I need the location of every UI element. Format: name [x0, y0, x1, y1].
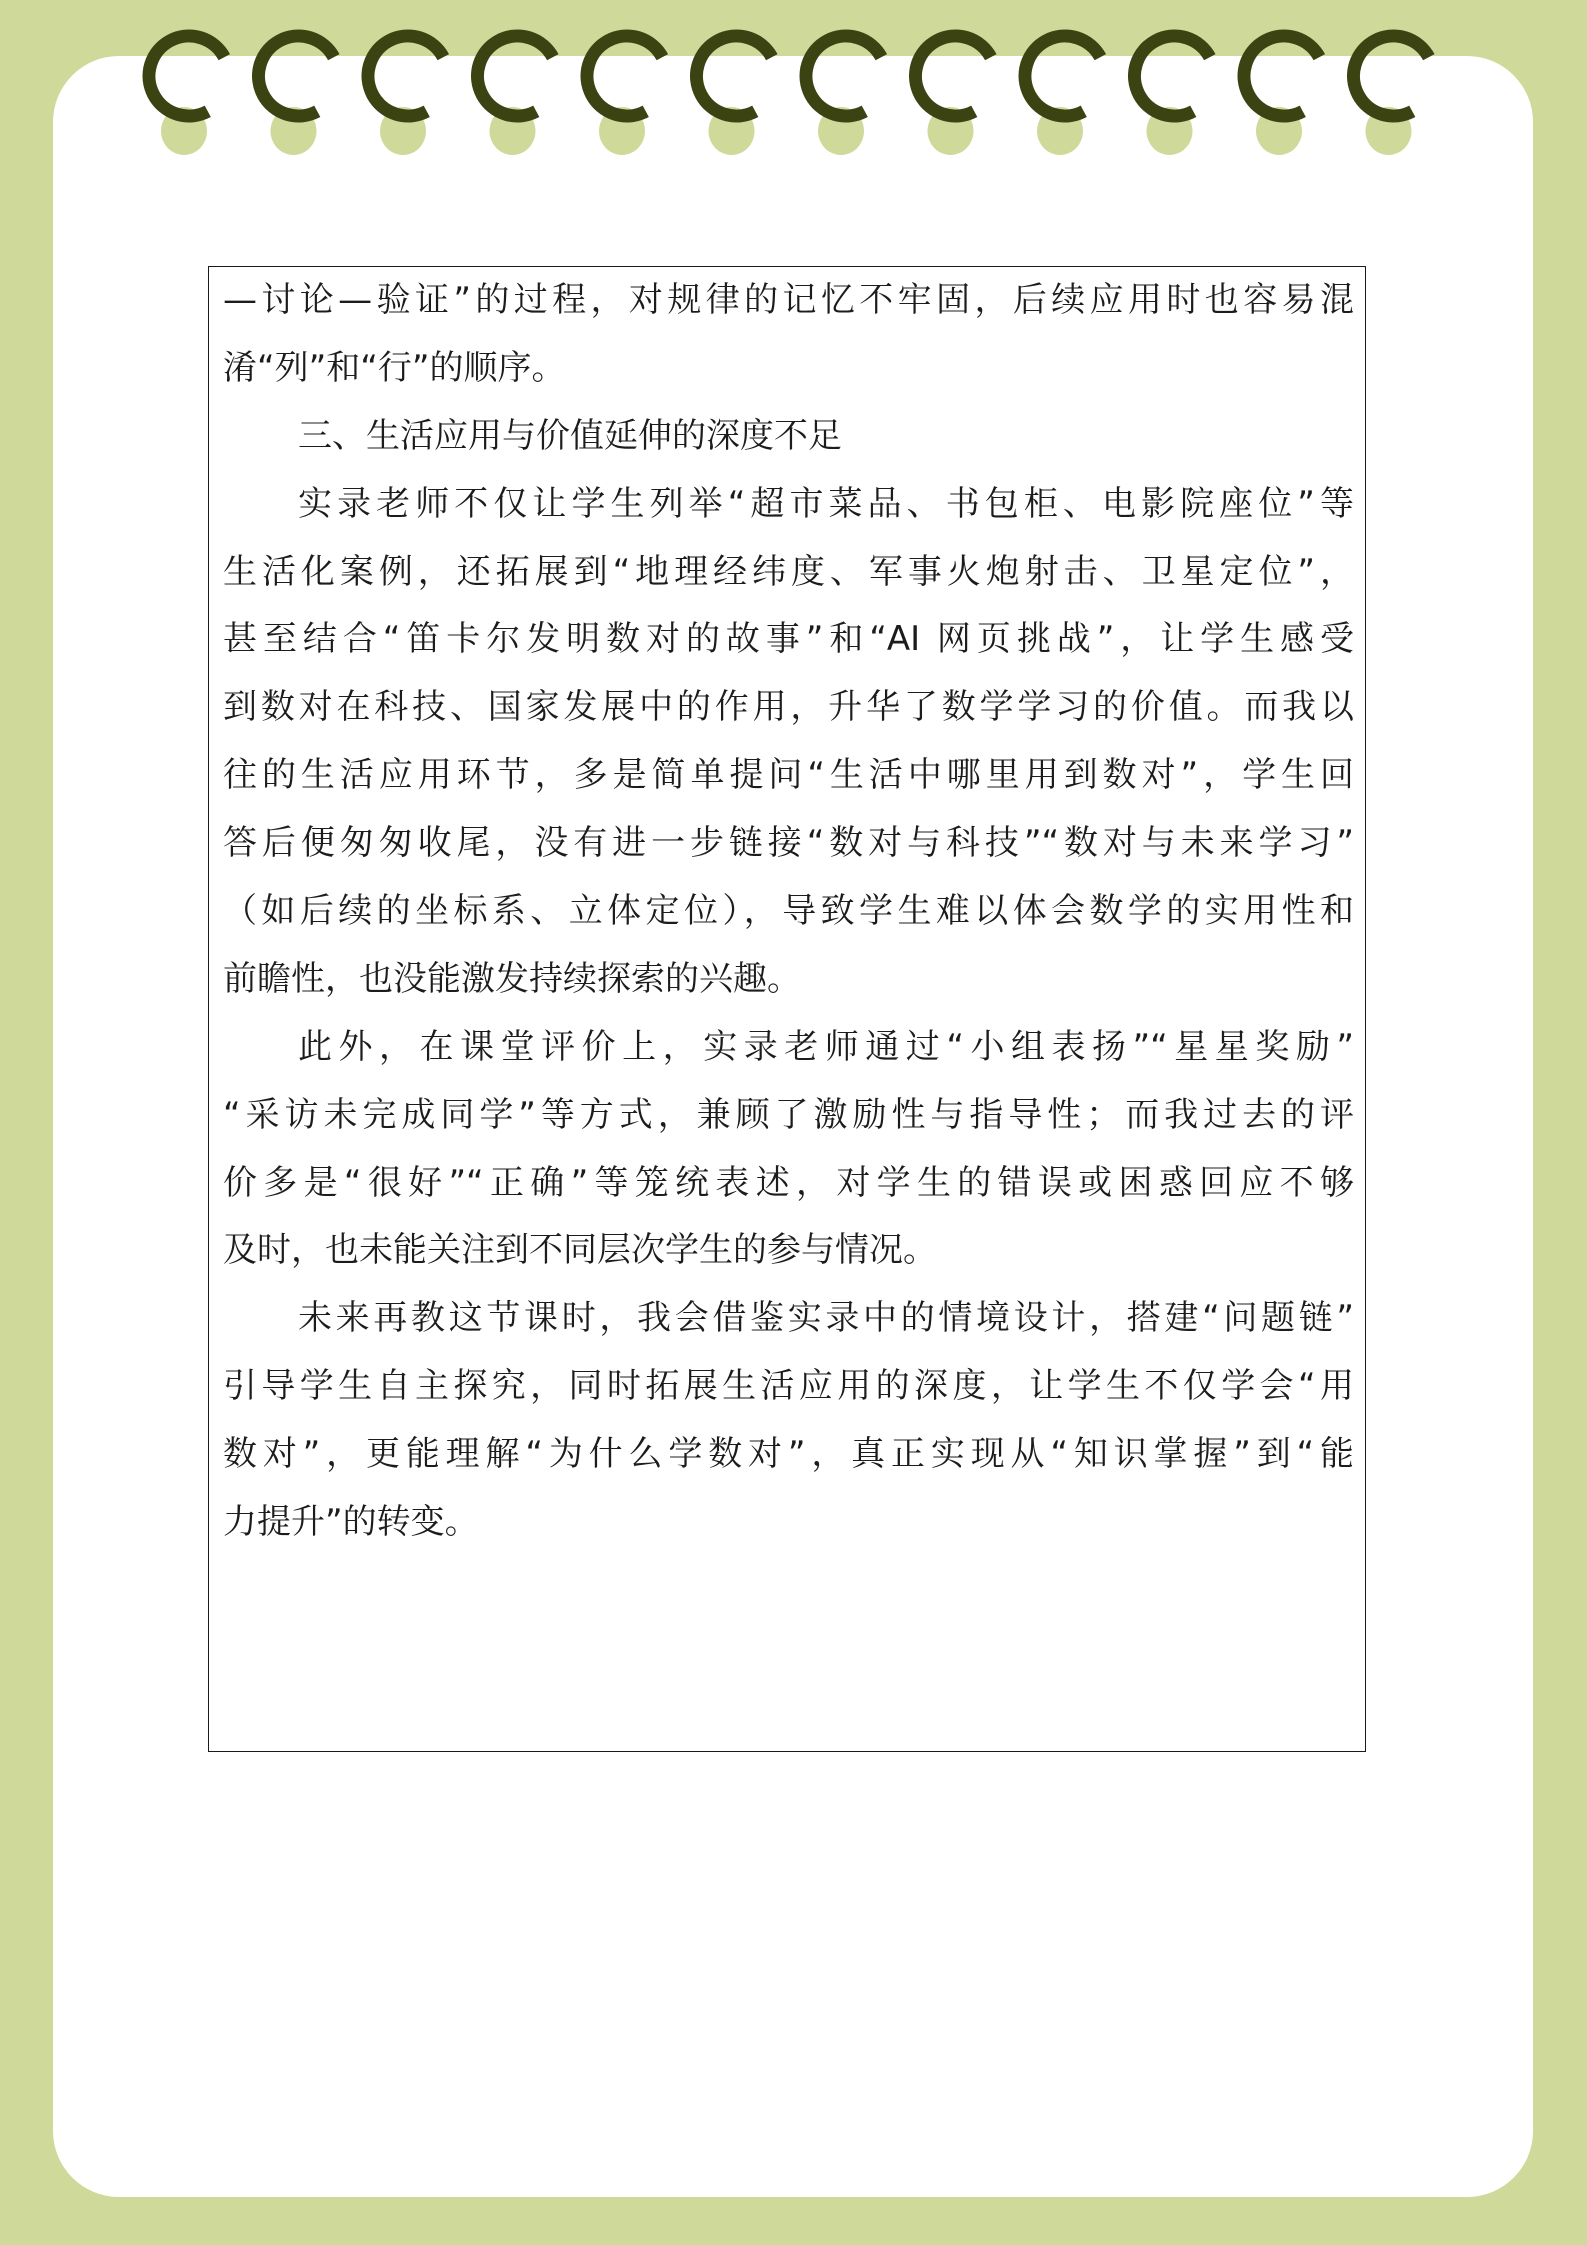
text-line: 淆“列”和“行”的顺序。	[223, 335, 1354, 403]
text-line: 力提升”的转变。	[223, 1489, 1354, 1557]
text-line: “采访未完成同学”等方式，兼顾了激励性与指导性；而我过去的评	[223, 1082, 1354, 1150]
text-line: 甚至结合“笛卡尔发明数对的故事”和“AI 网页挑战”，让学生感受	[223, 606, 1354, 674]
section-heading: 三、生活应用与价值延伸的深度不足	[223, 403, 1354, 471]
text-line: 到数对在科技、国家发展中的作用，升华了数学学习的价值。而我以	[223, 674, 1354, 742]
text-line: 生活化案例，还拓展到“地理经纬度、军事火炮射击、卫星定位”，	[223, 539, 1354, 607]
text-frame: —讨论—验证”的过程，对规律的记忆不牢固，后续应用时也容易混 淆“列”和“行”的…	[208, 266, 1366, 1752]
text-line: 价多是“很好”“正确”等笼统表述，对学生的错误或困惑回应不够	[223, 1150, 1354, 1218]
text-line: 及时，也未能关注到不同层次学生的参与情况。	[223, 1217, 1354, 1285]
text-line: 未来再教这节课时，我会借鉴实录中的情境设计，搭建“问题链”	[223, 1285, 1354, 1353]
text-line: 此外，在课堂评价上，实录老师通过“小组表扬”“星星奖励”	[223, 1014, 1354, 1082]
text-line: 引导学生自主探究，同时拓展生活应用的深度，让学生不仅学会“用	[223, 1353, 1354, 1421]
document-body: —讨论—验证”的过程，对规律的记忆不牢固，后续应用时也容易混 淆“列”和“行”的…	[223, 267, 1354, 1557]
text-line: （如后续的坐标系、立体定位），导致学生难以体会数学的实用性和	[223, 878, 1354, 946]
text-line: 前瞻性，也没能激发持续探索的兴趣。	[223, 946, 1354, 1014]
text-line: 实录老师不仅让学生列举“超市菜品、书包柜、电影院座位”等	[223, 471, 1354, 539]
text-line: 数对”，更能理解“为什么学数对”，真正实现从“知识掌握”到“能	[223, 1421, 1354, 1489]
text-line: 往的生活应用环节，多是简单提问“生活中哪里用到数对”，学生回	[223, 742, 1354, 810]
text-line: —讨论—验证”的过程，对规律的记忆不牢固，后续应用时也容易混	[223, 267, 1354, 335]
text-line: 答后便匆匆收尾，没有进一步链接“数对与科技”“数对与未来学习”	[223, 810, 1354, 878]
